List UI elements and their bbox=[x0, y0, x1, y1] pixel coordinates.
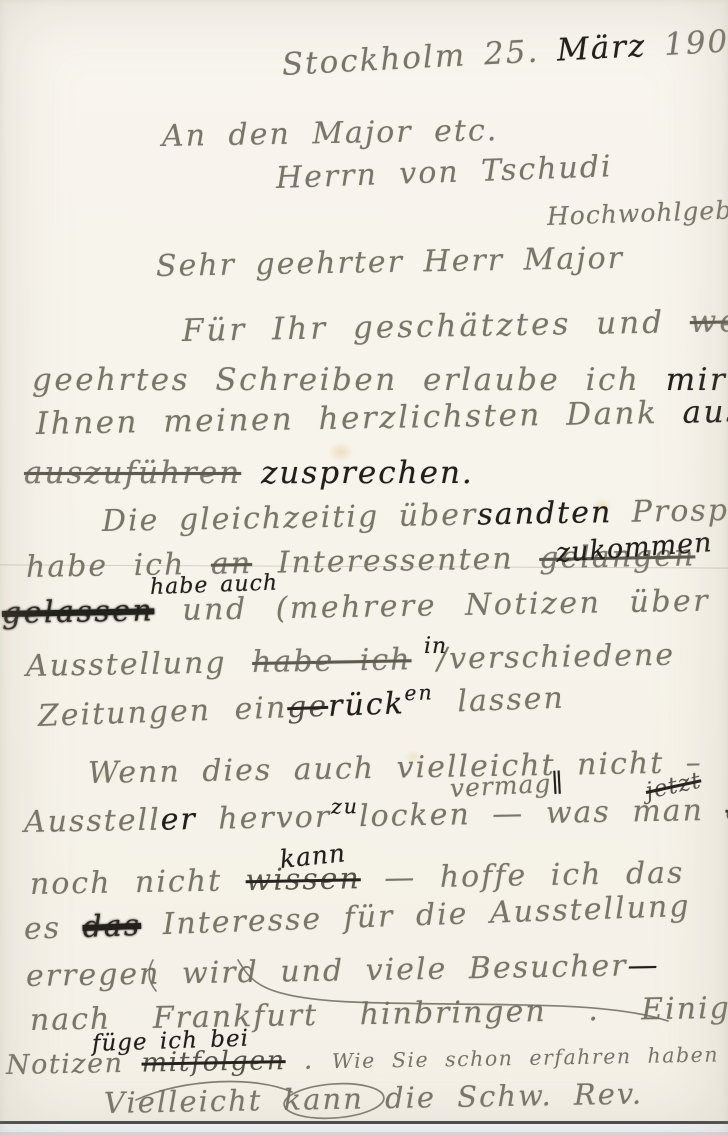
text-segment: wird bbox=[182, 955, 259, 991]
text-segment: . bbox=[285, 1044, 332, 1076]
insertion-habe-auch: habe auch bbox=[150, 571, 279, 601]
text-segment: Ausstell bbox=[24, 803, 161, 840]
text-segment: zusprechen. bbox=[261, 455, 474, 491]
body-line-2: geehrtes Schreiben erlaube ich mir bbox=[32, 363, 727, 399]
body-line-9: Zeitungen eingerücken lassen bbox=[37, 682, 565, 735]
text-segment: hervor bbox=[197, 800, 332, 837]
text-segment: ∥ bbox=[551, 768, 565, 798]
text-segment: rück bbox=[328, 686, 406, 724]
body-line-17: Vielleicht kann die Schw. Rev. bbox=[104, 1078, 644, 1121]
text-segment: Herrn von Tschudi bbox=[275, 149, 613, 196]
text-segment: kann bbox=[283, 1081, 364, 1116]
text-segment: Sehr geehrter Herr Major bbox=[156, 241, 625, 284]
text-segment: locken bbox=[359, 797, 471, 834]
recipient-line: An den Major etc. bbox=[162, 114, 499, 154]
text-segment: werth bbox=[690, 302, 728, 340]
insertion-in: in bbox=[424, 634, 447, 659]
text-segment: die Schw. Rev. bbox=[364, 1077, 644, 1116]
text-segment: erregen bbox=[26, 956, 183, 994]
text-segment: März bbox=[556, 28, 647, 69]
text-segment: Vielleicht bbox=[104, 1083, 284, 1120]
text-segment: /verschiedene bbox=[411, 638, 675, 678]
recipient-name-line: Herrn von Tschudi bbox=[275, 150, 613, 196]
text-segment: Für Ihr geschätztes und bbox=[182, 304, 690, 349]
date-line: Stockholm 25. März 1903 bbox=[281, 23, 728, 83]
letter-page: Stockholm 25. März 1903An den Major etc.… bbox=[0, 0, 728, 1135]
text-segment: aus- bbox=[682, 393, 728, 430]
text-segment: zu bbox=[331, 794, 359, 818]
text-segment: An den Major etc. bbox=[162, 113, 499, 154]
salutation-line: Sehr geehrter Herr Major bbox=[156, 242, 625, 285]
text-segment: mitfolgen bbox=[141, 1045, 286, 1079]
text-segment: Prospekte bbox=[612, 492, 728, 530]
text-segment: habe auch bbox=[150, 571, 279, 600]
text-segment: Ausstellung bbox=[26, 645, 253, 684]
text-segment: 1903 bbox=[645, 22, 728, 63]
text-segment: en bbox=[404, 680, 434, 705]
scan-edge-band bbox=[0, 1124, 728, 1135]
body-line-10: Wenn dies auch vielleicht nicht – bbox=[88, 746, 703, 791]
text-segment: Hochwohlgeb. bbox=[546, 195, 728, 231]
text-segment: und viele Besucher bbox=[258, 949, 627, 990]
text-segment: Notizen bbox=[6, 1048, 142, 1081]
text-segment: mehrere Notizen über bbox=[290, 583, 728, 626]
body-line-7: gelassen und (mehrere Notizen über die bbox=[2, 583, 728, 631]
body-line-8: Ausstellung habe ich /verschiedene bbox=[26, 639, 676, 685]
body-line-14: erregen wird und viele Besucher— bbox=[26, 949, 660, 995]
text-segment: ge bbox=[287, 689, 329, 725]
text-segment: Wie Sie schon erfahren haben bbox=[332, 1043, 720, 1074]
text-segment: noch nicht bbox=[30, 863, 246, 902]
text-segment: er bbox=[160, 802, 197, 838]
text-segment: — bbox=[627, 948, 660, 984]
text-segment bbox=[241, 455, 261, 491]
text-segment: lassen bbox=[433, 681, 565, 721]
text-segment: das bbox=[82, 908, 142, 945]
text-segment: Ihnen meinen herzlichsten Dank bbox=[36, 395, 683, 442]
text-segment: Wenn dies auch vielleicht nicht bbox=[88, 746, 665, 791]
honorific-line: Hochwohlgeb. bbox=[546, 196, 728, 232]
body-line-3: Ihnen meinen herzlichsten Dank aus- bbox=[36, 394, 728, 442]
text-segment: geehrtes Schreiben erlaube ich bbox=[32, 362, 666, 398]
text-segment: sandten bbox=[477, 495, 613, 532]
text-segment: in bbox=[424, 634, 447, 659]
text-segment: — was man bbox=[470, 793, 725, 832]
body-line-1: Für Ihr geschätztes und werth bbox=[182, 303, 728, 349]
text-segment: Die gleichzeitig über bbox=[102, 497, 478, 539]
text-segment: Stockholm 25. bbox=[281, 33, 558, 83]
text-segment: gelassen bbox=[2, 593, 155, 631]
text-segment: Interessenten bbox=[252, 541, 540, 581]
text-segment: habe ich bbox=[252, 642, 412, 680]
body-line-11: Aussteller hervorzulocken — was man aber bbox=[24, 792, 728, 840]
text-segment: es bbox=[23, 910, 83, 947]
body-line-4: auszuführen zusprechen. bbox=[24, 456, 474, 492]
text-segment: wissen bbox=[245, 861, 361, 898]
text-segment: mir bbox=[666, 362, 728, 398]
text-segment: Zeitungen ein bbox=[37, 690, 287, 734]
text-segment: auszuführen bbox=[24, 455, 241, 491]
